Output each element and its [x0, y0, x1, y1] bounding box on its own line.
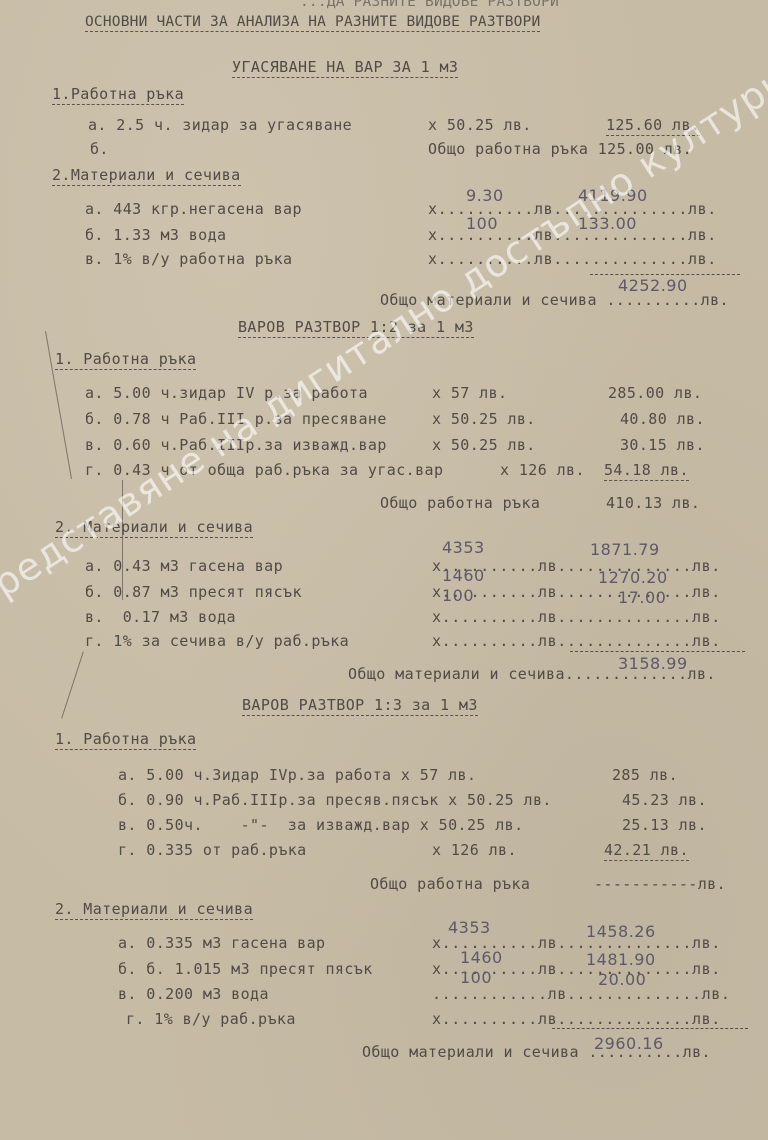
- section-3-material-line: ............лв..............лв.: [432, 985, 731, 1003]
- section-3-labor-item: б. 0.90 ч.Раб.IIIр.за пресяв.пясък х 50.…: [118, 791, 552, 809]
- section-2-materials-total: Общо материали и сечива.............лв.: [348, 665, 716, 683]
- section-2-labor-rate: х 126 лв.: [500, 461, 585, 479]
- section-2-material-item: в. 0.17 м3 вода: [85, 608, 236, 626]
- section-2-labor-rate: х 57 лв.: [432, 384, 507, 402]
- section-3-labor-item: а. 5.00 ч.Зидар IVр.за работа х 57 лв.: [118, 766, 476, 784]
- section-1-material-item: в. 1% в/у работна ръка: [85, 250, 292, 268]
- sum-rule: [552, 1028, 748, 1029]
- document-title: ОСНОВНИ ЧАСТИ ЗА АНАЛИЗА НА РАЗНИТЕ ВИДО…: [85, 14, 540, 32]
- section-2-labor-total-value: 410.13 лв.: [606, 494, 700, 512]
- section-3-labor-heading: 1. Работна ръка: [55, 730, 196, 750]
- section-3-labor-rate: х 126 лв.: [432, 841, 517, 859]
- section-3-material-item: а. 0.335 м3 гасена вар: [118, 934, 325, 952]
- sum-rule: [570, 651, 745, 652]
- section-3-title: ВАРОВ РАЗТВОР 1:3 за 1 м3: [242, 696, 478, 716]
- section-3-labor-amount: 45.23 лв.: [622, 791, 707, 809]
- section-3-materials-heading: 2. Материали и сечива: [55, 900, 253, 920]
- section-1-labor-item: а. 2.5 ч. зидар за угасяване: [88, 116, 352, 134]
- section-2-material-line: х..........лв..............лв.: [432, 608, 721, 626]
- section-1-labor-item: б.: [90, 140, 109, 158]
- section-2-material-line: х..........лв..............лв.: [432, 583, 721, 601]
- section-3-labor-total-label: Общо работна ръка: [370, 875, 530, 893]
- section-3-labor-amount: 42.21 лв.: [604, 841, 689, 861]
- section-3-materials-total: Общо материали и сечива ..........лв.: [362, 1043, 711, 1061]
- section-1-labor-heading: 1.Работна ръка: [52, 85, 184, 105]
- section-3-material-item: в. 0.200 м3 вода: [118, 985, 269, 1003]
- section-3-labor-item: г. 0.335 от раб.ръка: [118, 841, 307, 859]
- section-3-material-line: х..........лв..............лв.: [432, 1010, 721, 1028]
- section-1-materials-heading: 2.Материали и сечива: [52, 166, 241, 186]
- handwritten-unit-price: 100: [442, 586, 474, 605]
- section-2-labor-rate: х 50.25 лв.: [432, 410, 536, 428]
- section-1-material-item: б. 1.33 м3 вода: [85, 226, 226, 244]
- section-1-title: УГАСЯВАНЕ НА ВАР ЗА 1 м3: [232, 58, 458, 78]
- section-2-labor-amount: 285.00 лв.: [608, 384, 702, 402]
- section-1-material-item: а. 443 кгр.негасена вар: [85, 200, 302, 218]
- section-2-labor-total-label: Общо работна ръка: [380, 494, 540, 512]
- section-3-material-item: б. б. 1.015 м3 пресят пясък: [118, 960, 373, 978]
- section-2-labor-heading: 1. Работна ръка: [55, 350, 196, 370]
- section-2-material-item: б. 0.87 м3 пресят пясък: [85, 583, 302, 601]
- section-1-labor-rate: х 50.25 лв.: [428, 116, 532, 134]
- section-3-labor-total-value: -----------лв.: [594, 875, 726, 893]
- document-page: ...ДА РАЗНИТЕ ВИДОВЕ РАЗТВОРИ ОСНОВНИ ЧА…: [0, 0, 768, 1140]
- section-2-labor-amount: 40.80 лв.: [620, 410, 705, 428]
- header-cut-line: ...ДА РАЗНИТЕ ВИДОВЕ РАЗТВОРИ: [300, 0, 559, 10]
- section-3-labor-amount: 285 лв.: [612, 766, 678, 784]
- handwritten-unit-price: 4353: [442, 538, 485, 557]
- section-2-material-item: г. 1% за сечива в/у раб.ръка: [85, 632, 349, 650]
- section-2-labor-amount: 54.18 лв.: [604, 461, 689, 481]
- pencil-mark: [61, 652, 84, 719]
- section-2-labor-amount: 30.15 лв.: [620, 436, 705, 454]
- sum-rule: [590, 274, 740, 275]
- section-3-material-item: г. 1% в/у раб.ръка: [126, 1010, 296, 1028]
- section-3-labor-item: в. 0.50ч. -"- за изважд.вар х 50.25 лв.: [118, 816, 524, 834]
- section-2-material-line: х..........лв..............лв.: [432, 632, 721, 650]
- section-2-material-item: а. 0.43 м3 гасена вар: [85, 557, 283, 575]
- handwritten-amount: 17.00: [618, 588, 666, 607]
- section-3-labor-amount: 25.13 лв.: [622, 816, 707, 834]
- section-2-labor-rate: х 50.25 лв.: [432, 436, 536, 454]
